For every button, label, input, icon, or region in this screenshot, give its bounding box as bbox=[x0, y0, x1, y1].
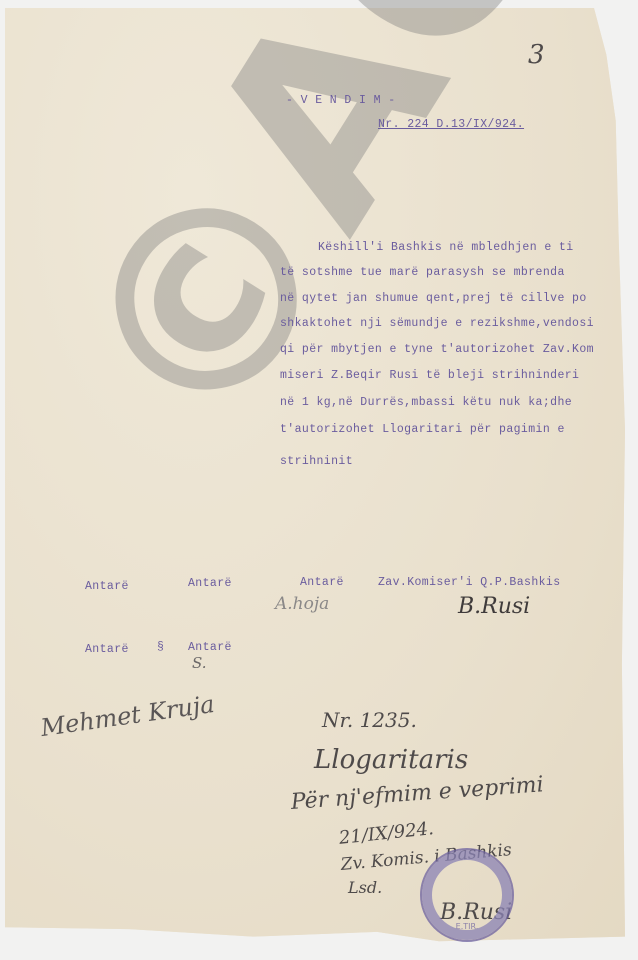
annotation-signed-label: Lsd. bbox=[348, 878, 382, 897]
body-line: qi për mbytjen e tyne t'autorizohet Zav.… bbox=[280, 343, 594, 356]
page-number: 3 bbox=[528, 40, 545, 70]
signature-hoxha: A.hoja bbox=[275, 594, 329, 614]
annotation-number: Nr. 1235. bbox=[322, 708, 417, 732]
body-line: Këshill'i Bashkis në mbledhjen e ti bbox=[318, 241, 574, 254]
body-line: në 1 kg,në Durrës,mbassi këtu nuk ka;dhe bbox=[280, 396, 572, 409]
body-line: shkaktohet nji sëmundje e rezikshme,vend… bbox=[280, 317, 594, 330]
body-line: strihninit bbox=[280, 455, 353, 468]
body-line: t'autorizohet Llogaritari për pagimin e bbox=[280, 423, 565, 436]
official-stamp: E.TIR. bbox=[420, 848, 514, 942]
annotation-addressee: Llogaritaris bbox=[314, 745, 468, 775]
section-mark: § bbox=[157, 641, 164, 654]
member-label: Antarë bbox=[188, 641, 232, 654]
signature-rusi: B.Rusi bbox=[458, 594, 530, 619]
stamp-text: E.TIR. bbox=[422, 922, 512, 931]
document-title: - V E N D I M - bbox=[286, 94, 396, 107]
signature-member-row2: S. bbox=[192, 654, 207, 672]
document-reference: Nr. 224 D.13/IX/924. bbox=[378, 118, 524, 131]
commissioner-label: Zav.Komiser'i Q.P.Bashkis bbox=[378, 576, 561, 589]
body-line: në qytet jan shumue qent,prej të cillve … bbox=[280, 292, 587, 305]
body-line: miseri Z.Beqir Rusi të bleji strihninder… bbox=[280, 369, 579, 382]
member-label: Antarë bbox=[85, 643, 129, 656]
member-label: Antarë bbox=[188, 577, 232, 590]
body-line: të sotshme tue marë parasysh se mbrenda bbox=[280, 266, 565, 279]
member-label: Antarë bbox=[300, 576, 344, 589]
member-label: Antarë bbox=[85, 580, 129, 593]
